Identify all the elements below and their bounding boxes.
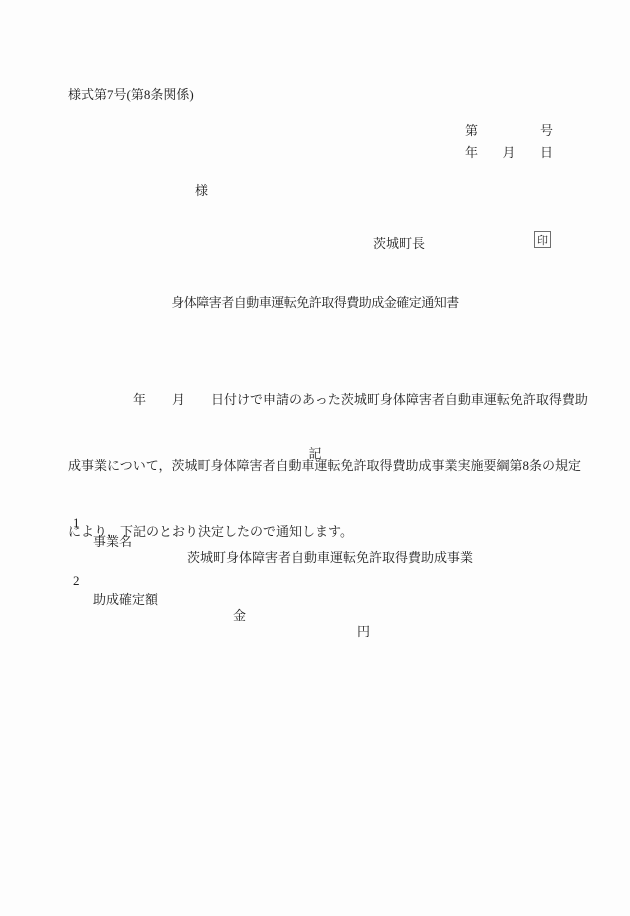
sender-title: 茨城町長 [373, 233, 425, 252]
addressee-honorific: 様 [195, 180, 208, 199]
item-number: 1 [73, 515, 80, 531]
item-row-subsidy-amount: 2 助成確定額 金 円 [0, 557, 630, 575]
date-year-label: 年 [465, 142, 478, 161]
doc-number-prefix: 第 [465, 120, 478, 139]
item-row-project-name: 1 事業名 茨城町身体障害者自動車運転免許取得費助成事業 [0, 499, 630, 517]
form-number-note: 様式第7号(第8条関係) [68, 84, 194, 103]
item-label: 助成確定額 [93, 589, 158, 608]
body-line: により，下記のとおり決定したので通知します。 [68, 521, 580, 543]
item-label: 事業名 [93, 531, 132, 550]
item-number: 2 [73, 573, 80, 589]
document-page: 様式第7号(第8条関係) 第 号 年 月 日 様 茨城町長 印 身体障害者自動車… [0, 0, 630, 916]
amount-suffix-label: 円 [357, 621, 370, 640]
seal-mark: 印 [537, 232, 548, 248]
doc-number-suffix: 号 [540, 120, 553, 139]
doc-number-row: 第 号 [465, 120, 553, 139]
body-line: 年 月 日付けで申請のあった茨城町身体障害者自動車運転免許取得費助 [68, 389, 580, 411]
amount-prefix-label: 金 [233, 605, 246, 624]
date-month-label: 月 [502, 142, 515, 161]
document-title: 身体障害者自動車運転免許取得費助成金確定通知書 [0, 292, 630, 311]
date-day-label: 日 [540, 142, 553, 161]
issue-date-row: 年 月 日 [465, 142, 553, 161]
seal-box: 印 [534, 231, 551, 248]
record-heading: 記 [0, 443, 630, 462]
